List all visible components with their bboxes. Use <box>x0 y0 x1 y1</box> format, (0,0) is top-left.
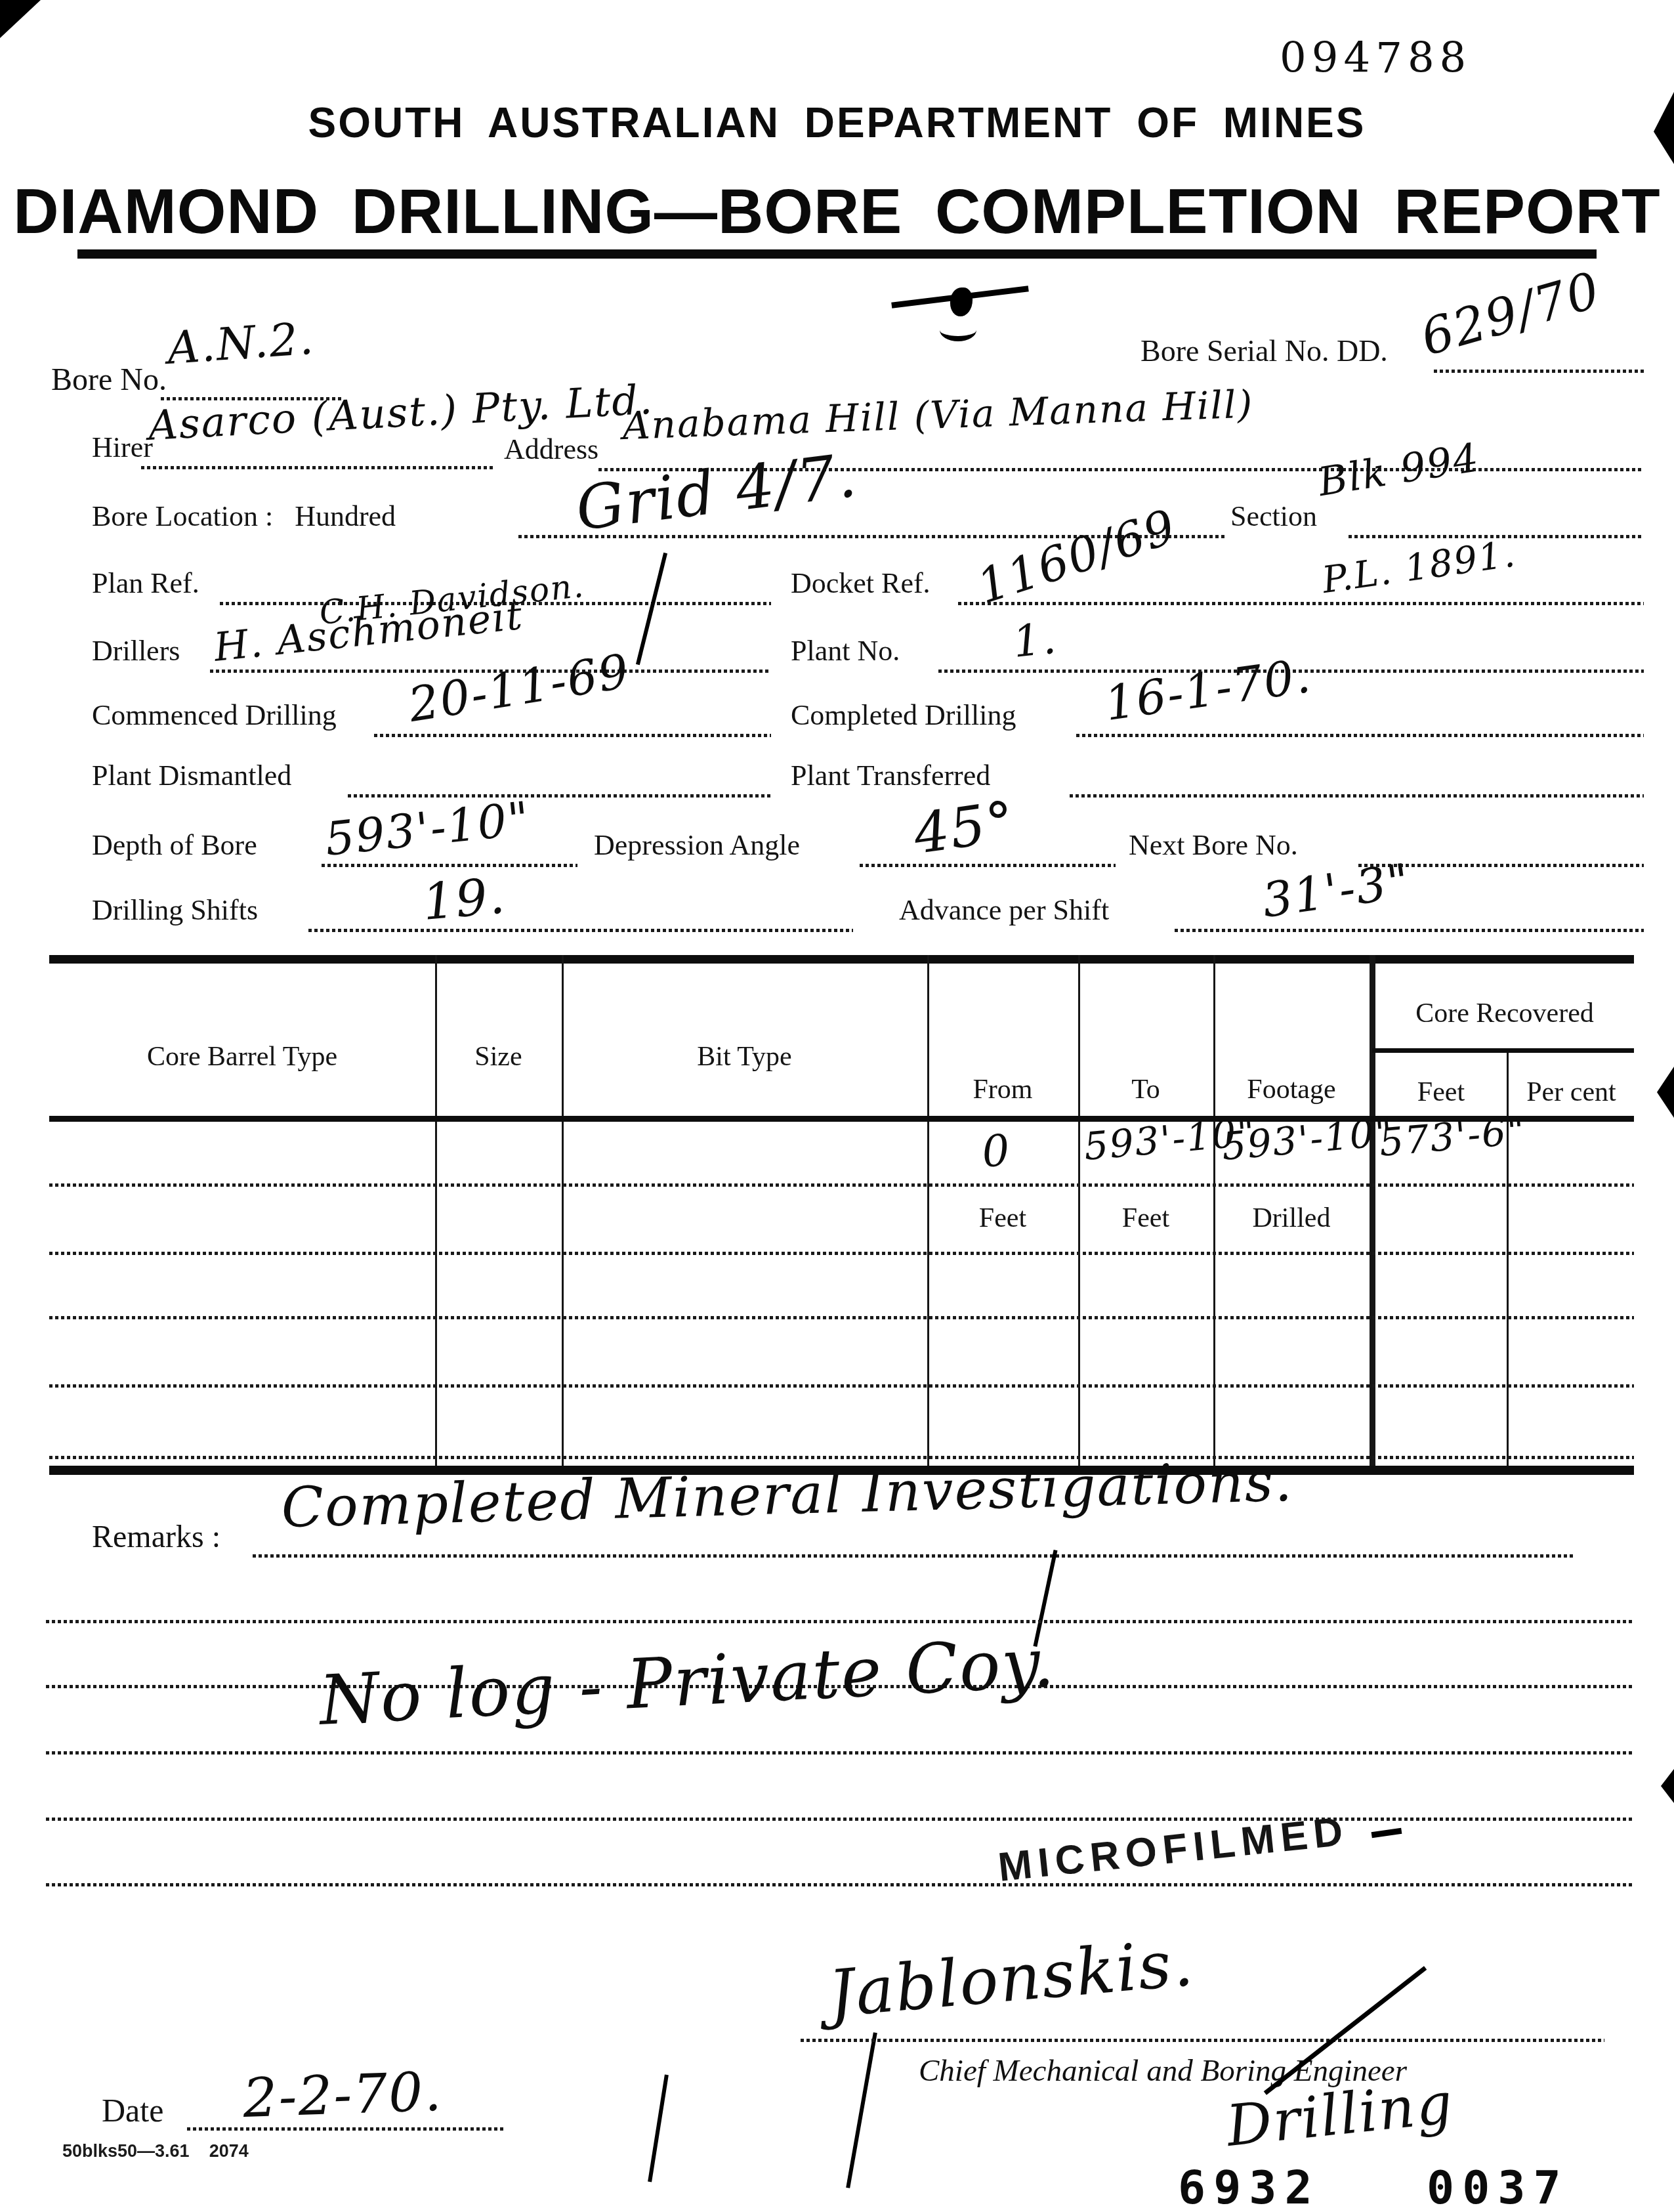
commenced-value: 20-11-69 <box>405 643 633 733</box>
col-to-feet-l1: To <box>1078 1072 1213 1107</box>
remarks-line2: No log - Private Coy. <box>318 1622 1058 1741</box>
advance-per-shift-label: Advance per Shift <box>899 893 1109 927</box>
row-from: 0 <box>980 1124 1013 1178</box>
signature-descender <box>846 2032 877 2188</box>
bore-completion-report-scan: 094788 SOUTH AUSTRALIAN DEPARTMENT OF MI… <box>0 0 1674 2212</box>
section-value-top: Blk 994 <box>1315 435 1482 505</box>
col-feet: Feet <box>1375 1074 1507 1110</box>
bore-location-label: Bore Location : Hundred <box>92 500 396 533</box>
scan-artifact-right-edge-2 <box>1657 1067 1674 1118</box>
ink-smudge-arc <box>940 319 976 341</box>
pen-stroke <box>636 553 667 665</box>
completed-value: 16-1-70. <box>1101 648 1314 731</box>
plant-transferred-label: Plant Transferred <box>791 759 990 792</box>
title-rule <box>77 249 1597 259</box>
report-title: DIAMOND DRILLING—BORE COMPLETION REPORT <box>0 176 1674 248</box>
dotted-line <box>141 466 495 469</box>
depth-of-bore-value: 593'-10" <box>322 792 533 866</box>
department-title: SOUTH AUSTRALIAN DEPARTMENT OF MINES <box>0 98 1674 147</box>
dotted-line <box>187 2127 505 2131</box>
depth-of-bore-label: Depth of Bore <box>92 828 257 862</box>
dotted-line <box>46 1818 1634 1821</box>
dotted-line <box>322 864 577 867</box>
docket-ref-value: 1160/69 <box>971 498 1183 614</box>
advance-per-shift-value: 31'-3" <box>1259 853 1413 928</box>
bore-serial-label: Bore Serial No. DD. <box>1140 333 1388 368</box>
drilling-shifts-value: 19. <box>420 866 508 931</box>
table-row-rule <box>49 1183 1634 1187</box>
dotted-line <box>253 1554 1575 1558</box>
pen-stroke <box>648 2075 669 2182</box>
commenced-label: Commenced Drilling <box>92 698 337 732</box>
bore-no-value: A.N.2. <box>165 313 316 375</box>
section-label: Section <box>1230 500 1317 533</box>
ink-smudge-blob <box>950 287 973 316</box>
table-top-border <box>49 955 1634 964</box>
dotted-line <box>46 1751 1634 1755</box>
form-code: 50blks50—3.61 2074 <box>62 2141 249 2161</box>
plant-dismantled-label: Plant Dismantled <box>92 759 291 792</box>
plant-no-value: 1. <box>1011 612 1060 668</box>
dotted-line <box>348 794 771 798</box>
date-label: Date <box>102 2091 163 2129</box>
depression-angle-value: 45° <box>910 788 1019 866</box>
plant-no-label: Plant No. <box>791 634 900 668</box>
date-value: 2-2-70. <box>242 2060 444 2130</box>
col-to-feet-l2: Feet <box>1078 1201 1213 1236</box>
table-row-rule <box>49 1316 1634 1319</box>
dotted-line <box>1070 794 1644 798</box>
bore-location-value: Grid 4/7. <box>572 440 861 544</box>
scan-artifact-right-edge-3 <box>1661 1769 1674 1803</box>
dotted-line <box>308 929 853 932</box>
dotted-line <box>1076 734 1644 737</box>
col-from-feet-l2: Feet <box>927 1201 1078 1236</box>
col-core-recovered: Core Recovered <box>1375 996 1634 1031</box>
table-vline-thick <box>1370 955 1375 1466</box>
completed-label: Completed Drilling <box>791 698 1016 732</box>
bore-serial-value: 629/70 <box>1414 260 1606 367</box>
col-size: Size <box>435 1039 562 1074</box>
col-from-feet-l1: From <box>927 1072 1078 1107</box>
microfilm-frame-number: 6932 0037 <box>1178 2161 1569 2212</box>
col-footage-l2: Drilled <box>1213 1201 1370 1236</box>
stamp-dash <box>1371 1828 1402 1838</box>
address-value: Anabama Hill (Via Manna Hill) <box>622 381 1255 448</box>
depression-angle-label: Depression Angle <box>594 828 800 862</box>
dotted-line <box>1175 929 1644 932</box>
col-per-cent: Per cent <box>1509 1074 1634 1110</box>
bore-no-label: Bore No. <box>51 362 167 398</box>
signature: Jablonskis. <box>826 1926 1197 2032</box>
dotted-line <box>46 1620 1634 1623</box>
dotted-line <box>46 1883 1634 1886</box>
drilling-shifts-label: Drilling Shifts <box>92 893 258 927</box>
section-value-bottom: P.L. 1891. <box>1320 532 1518 602</box>
col-footage-l1: Footage <box>1213 1072 1370 1107</box>
dotted-line <box>801 2039 1604 2042</box>
core-recovered-underline <box>1372 1048 1634 1053</box>
dotted-line <box>860 864 1116 867</box>
docket-ref-label: Docket Ref. <box>791 566 931 600</box>
table-vline <box>435 955 437 1466</box>
next-bore-no-label: Next Bore No. <box>1129 828 1298 862</box>
address-label: Address <box>504 433 598 466</box>
table-row-rule <box>49 1384 1634 1388</box>
col-core-barrel-type: Core Barrel Type <box>49 1039 435 1074</box>
table-row-rule <box>49 1456 1634 1459</box>
table-vline <box>562 955 564 1466</box>
col-bit-type: Bit Type <box>562 1039 927 1074</box>
remarks-label: Remarks : <box>92 1519 220 1555</box>
document-number: 094788 <box>1280 34 1471 83</box>
hirer-label: Hirer <box>92 431 153 464</box>
plan-ref-label: Plan Ref. <box>92 566 199 600</box>
scan-artifact-top-left <box>0 0 41 38</box>
dotted-line <box>958 602 1644 605</box>
core-recovery-table: Core Barrel Type Size Bit Type From Feet… <box>49 955 1634 1475</box>
dotted-line <box>374 734 771 737</box>
drillers-label: Drillers <box>92 634 180 668</box>
table-row-rule <box>49 1252 1634 1255</box>
dotted-line <box>1434 370 1644 373</box>
